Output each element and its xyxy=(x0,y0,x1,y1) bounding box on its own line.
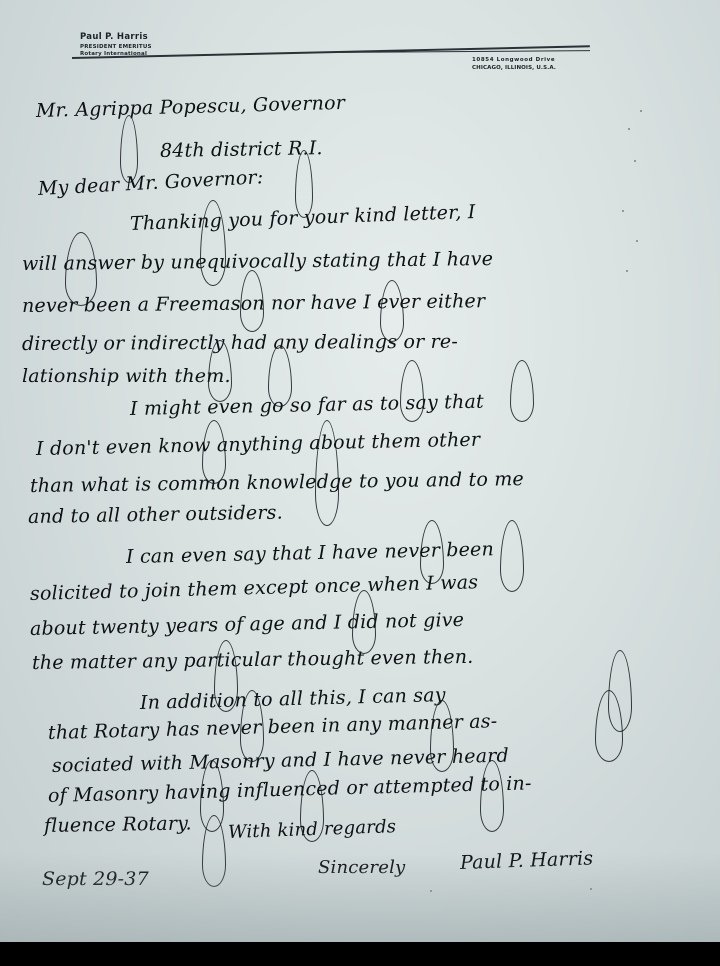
valediction: Sincerely xyxy=(318,857,405,878)
body-line: of Masonry having influenced or attempte… xyxy=(48,772,532,807)
ink-loop xyxy=(202,420,226,484)
letter-page: Paul P. Harris PRESIDENT EMERITUS Rotary… xyxy=(0,0,720,942)
speck xyxy=(628,128,630,130)
speck xyxy=(622,210,624,212)
speck xyxy=(430,890,432,892)
speck xyxy=(640,110,642,112)
body-line: the matter any particular thought even t… xyxy=(32,646,474,674)
ink-loop xyxy=(380,280,404,342)
date: Sept 29-37 xyxy=(42,868,149,890)
body-line: I might even go so far as to say that xyxy=(130,391,484,420)
body-line: fluence Rotary. xyxy=(44,812,192,837)
signature: Paul P. Harris xyxy=(460,847,594,874)
ink-loop xyxy=(295,150,313,218)
salutation: My dear Mr. Governor: xyxy=(37,166,263,200)
body-line: solicited to join them except once when … xyxy=(30,571,479,605)
addressee-line-1: Mr. Agrippa Popescu, Governor xyxy=(36,92,346,122)
ink-loop xyxy=(400,360,424,422)
letterhead-name: Paul P. Harris xyxy=(80,32,152,42)
speck xyxy=(636,240,638,242)
body-line: In addition to all this, I can say xyxy=(140,684,446,714)
ink-loop xyxy=(268,345,292,407)
body-line: lationship with them. xyxy=(22,365,231,387)
ink-loop xyxy=(480,760,504,832)
speck xyxy=(634,160,636,162)
ink-loop xyxy=(352,590,376,654)
letterhead-left: Paul P. Harris PRESIDENT EMERITUS Rotary… xyxy=(80,32,152,57)
body-line: than what is common knowledge to you and… xyxy=(30,468,524,497)
body-line: about twenty years of age and I did not … xyxy=(30,609,465,640)
speck xyxy=(590,888,592,890)
letterhead-title: PRESIDENT EMERITUS xyxy=(80,44,152,50)
ink-loop xyxy=(120,115,138,183)
body-line: I don't even know anything about them ot… xyxy=(36,429,481,460)
ink-loop xyxy=(240,270,264,332)
letterhead-street: 10854 Longwood Drive xyxy=(472,57,556,63)
ink-loop xyxy=(420,520,444,584)
ink-loop xyxy=(202,815,226,887)
letterhead-city: CHICAGO, ILLINOIS, U.S.A. xyxy=(472,65,556,71)
ink-loop xyxy=(500,520,524,592)
body-line: and to all other outsiders. xyxy=(28,502,283,528)
ink-loop xyxy=(65,232,97,306)
speck xyxy=(626,270,628,272)
letterhead-address: 10854 Longwood Drive CHICAGO, ILLINOIS, … xyxy=(472,57,556,71)
ink-loop xyxy=(510,360,534,422)
